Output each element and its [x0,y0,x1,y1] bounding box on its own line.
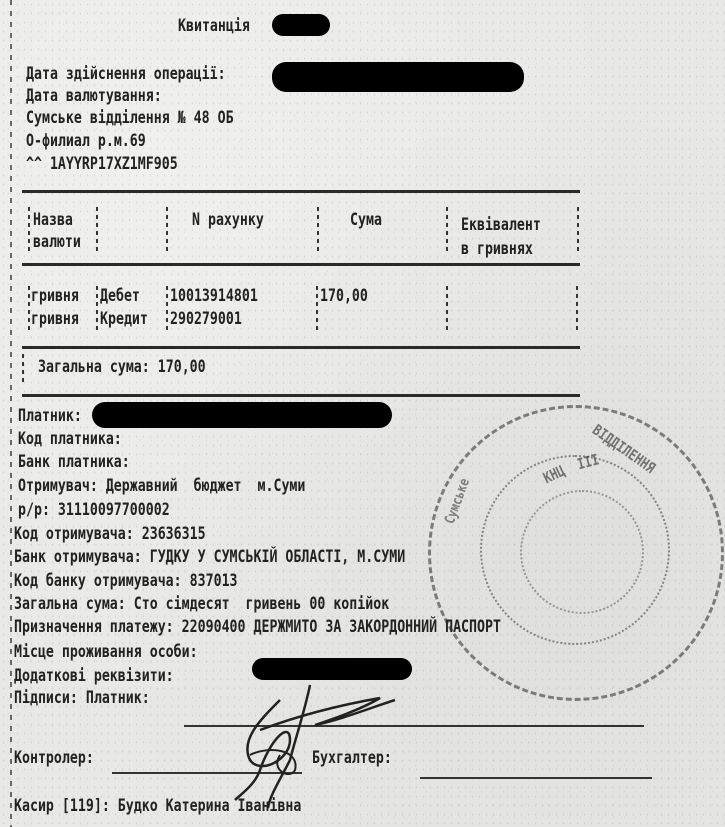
valuation-date-label: Дата валютування: [26,86,162,106]
col-header-currency-2: валюти [33,232,81,252]
table-header-rule [22,263,580,266]
operation-date-label: Дата здійснення операції: [26,64,226,84]
redacted-receipt-number [272,14,330,36]
table-divider [22,354,24,382]
redacted-payer-name [92,402,392,428]
controller-label: Контролер: [14,748,94,768]
table-divider [576,286,578,332]
table-divider [28,286,30,332]
additional-details: Додаткові реквізити: [14,666,174,686]
payment-purpose: Призначення платежу: 22090400 ДЕРЖМИТО З… [14,617,501,637]
filial-line: О-филиал р.м.69 [26,131,146,151]
recipient-account: р/р: 31110097700002 [18,500,170,520]
col-header-account: N рахунку [192,210,264,230]
col-header-equivalent-2: в гривнях [461,239,533,259]
col-header-currency-1: Назва [33,210,73,230]
table-rows-rule [22,346,580,349]
table-divider [317,207,319,251]
table-divider [316,286,318,332]
row-account: 290279001 [170,309,242,329]
payer-bank: Банк платника: [18,452,130,472]
row-currency: гривня [31,286,79,306]
col-header-amount: Сума [350,210,382,230]
payer-label: Платник: [18,406,82,426]
perforation-edge [10,0,12,827]
table-divider [96,286,98,332]
table-divider [28,207,30,251]
row-type: Дебет [100,286,140,306]
table-divider [446,286,448,332]
row-currency: гривня [31,309,79,329]
seal-core-ring [520,490,644,614]
residence-label: Місце проживання особи: [14,642,198,662]
recipient-code: Код отримувача: 23636315 [14,524,206,544]
redacted-operation-date [272,62,524,92]
table-divider [577,207,579,251]
row-type: Кредит [100,309,148,329]
redacted-residence [252,658,412,680]
col-header-equivalent-1: Еквівалент [461,215,541,235]
recipient-bank: Банк отримувача: ГУДКУ У СУМСЬКІЙ ОБЛАСТ… [14,547,405,567]
total-in-words: Загальна сума: Сто сімдесят гривень 00 к… [14,594,389,614]
table-divider [166,286,168,332]
table-divider [166,207,168,251]
recipient-bank-code: Код банку отримувача: 837013 [14,571,238,591]
table-total-rule [22,394,580,397]
payer-code: Код платника: [18,429,122,449]
operation-code: ^^ 1AYYRP17XZ1MF905 [26,154,178,174]
table-top-rule [22,190,580,193]
row-amount: 170,00 [320,286,368,306]
table-divider [96,207,98,251]
table-total: Загальна сума: 170,00 [38,357,206,377]
table-divider [446,207,448,251]
branch-line: Сумське відділення № 48 ОБ [26,108,234,128]
accountant-signature-line [420,777,652,779]
handwritten-signature-icon [220,680,420,810]
signatures-payer-label: Підписи: Платник: [14,688,150,708]
recipient: Отримувач: Державний бюджет м.Суми [18,476,305,496]
row-account: 10013914801 [170,286,258,306]
receipt-title: Квитанція [178,16,250,36]
